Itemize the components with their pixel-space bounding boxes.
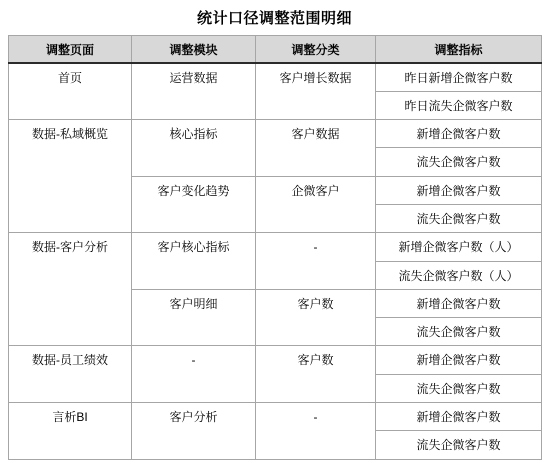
cell-indicator: 昨日新增企微客户数 [376,63,542,91]
table-row: 数据-私域概览 核心指标 客户数据 新增企微客户数 [9,120,542,148]
cell-indicator: 新增企微客户数 [376,403,542,431]
cell-page: 数据-客户分析 [9,233,132,346]
cell-indicator: 新增企微客户数 [376,346,542,374]
cell-category: 客户数 [256,289,376,346]
cell-indicator: 新增企微客户数 [376,176,542,204]
column-header-indicator: 调整指标 [376,36,542,64]
table-row: 言析BI 客户分析 - 新增企微客户数 [9,403,542,431]
header-row: 调整页面 调整模块 调整分类 调整指标 [9,36,542,64]
page-title: 统计口径调整范围明细 [0,7,549,28]
cell-indicator: 新增企微客户数（人） [376,233,542,261]
cell-page: 首页 [9,63,132,120]
cell-category: 客户数据 [256,120,376,177]
cell-module: 客户分析 [132,403,256,460]
cell-category: 客户增长数据 [256,63,376,120]
cell-page: 言析BI [9,403,132,460]
page: 统计口径调整范围明细 调整页面 调整模块 调整分类 调整指标 首页 运营数据 客… [0,0,549,466]
cell-indicator: 流失企微客户数 [376,204,542,232]
table-row: 数据-员工绩效 - 客户数 新增企微客户数 [9,346,542,374]
cell-module: 运营数据 [132,63,256,120]
cell-indicator: 流失企微客户数 [376,318,542,346]
adjustment-detail-table: 调整页面 调整模块 调整分类 调整指标 首页 运营数据 客户增长数据 昨日新增企… [8,35,542,460]
column-header-module: 调整模块 [132,36,256,64]
cell-category: 客户数 [256,346,376,403]
table-row: 首页 运营数据 客户增长数据 昨日新增企微客户数 [9,63,542,91]
cell-indicator: 昨日流失企微客户数 [376,91,542,119]
cell-module: 客户核心指标 [132,233,256,290]
cell-indicator: 新增企微客户数 [376,289,542,317]
cell-module: 客户明细 [132,289,256,346]
cell-module: - [132,346,256,403]
cell-module: 核心指标 [132,120,256,177]
table-row: 数据-客户分析 客户核心指标 - 新增企微客户数（人） [9,233,542,261]
cell-category: - [256,403,376,460]
cell-indicator: 新增企微客户数 [376,120,542,148]
cell-page: 数据-私域概览 [9,120,132,233]
column-header-category: 调整分类 [256,36,376,64]
cell-category: 企微客户 [256,176,376,233]
cell-page: 数据-员工绩效 [9,346,132,403]
cell-indicator: 流失企微客户数 [376,431,542,459]
cell-category: - [256,233,376,290]
column-header-page: 调整页面 [9,36,132,64]
cell-module: 客户变化趋势 [132,176,256,233]
cell-indicator: 流失企微客户数（人） [376,261,542,289]
cell-indicator: 流失企微客户数 [376,148,542,176]
cell-indicator: 流失企微客户数 [376,374,542,402]
